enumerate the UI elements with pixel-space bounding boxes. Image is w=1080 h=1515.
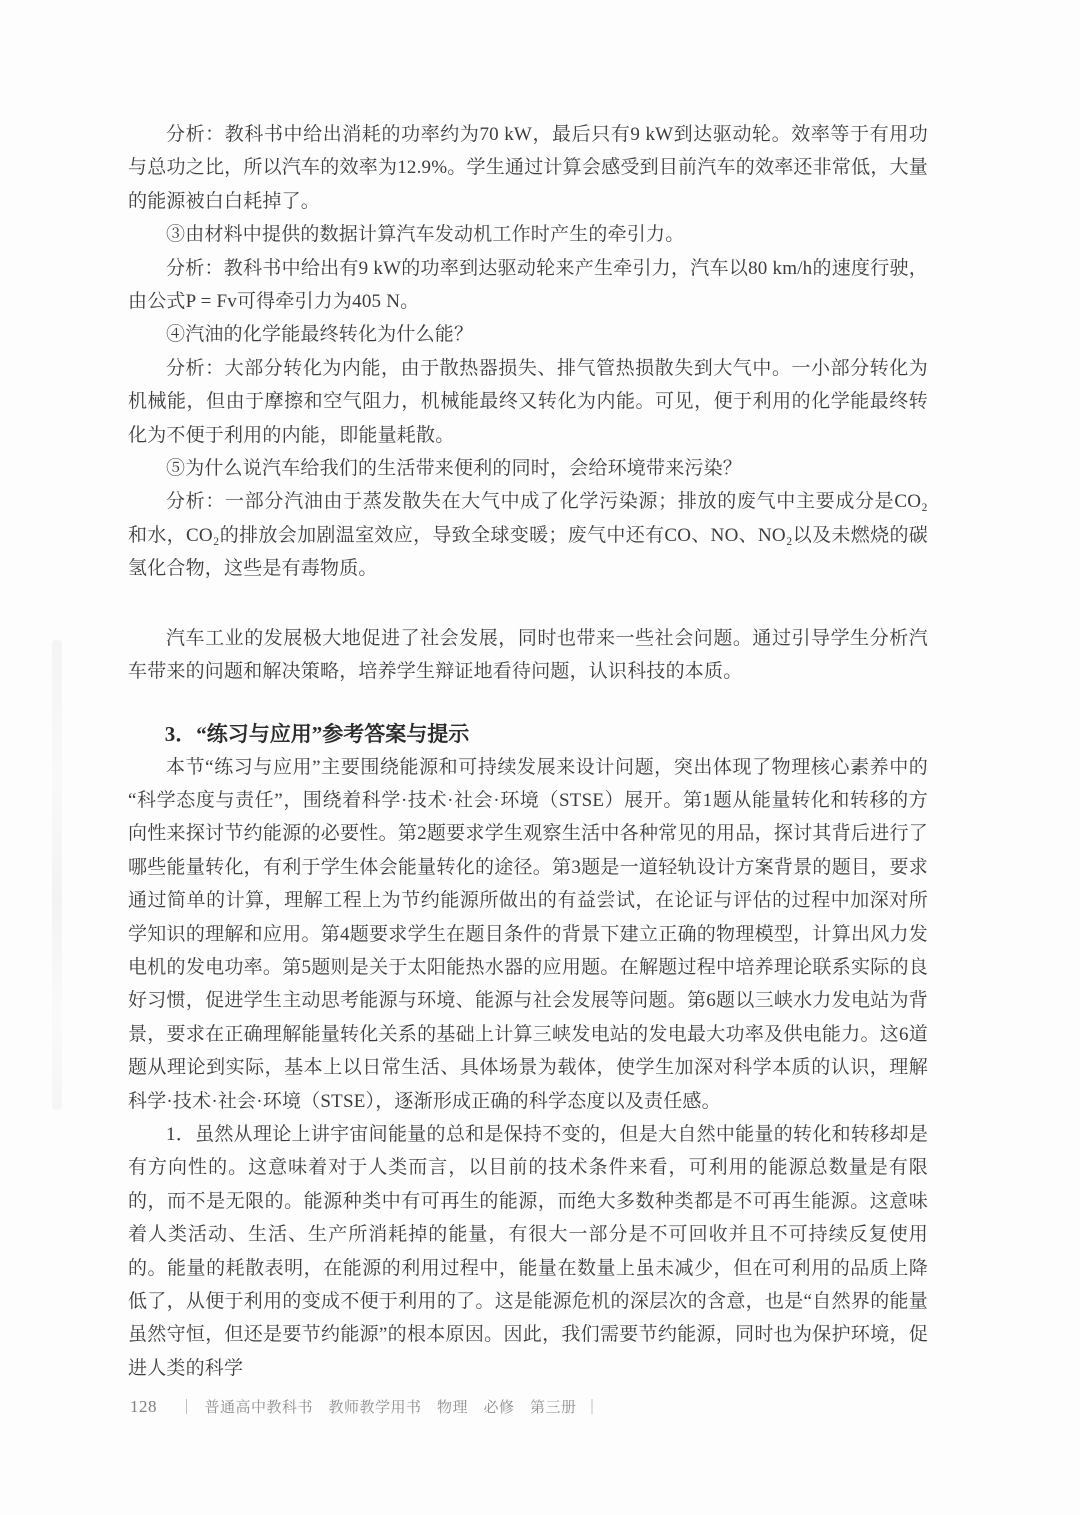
question-item-3: ③由材料中提供的数据计算汽车发动机工作时产生的牵引力。	[128, 218, 928, 251]
analysis-paragraph-energy-conversion: 分析：大部分转化为内能，由于散热器损失、排气管热损散失到大气中。一小部分转化为机…	[128, 352, 928, 452]
page-footer: 128 ｜ 普通高中教科书 教师教学用书 物理 必修 第三册 ｜	[130, 1396, 930, 1417]
scan-artifact	[52, 640, 62, 1110]
answer-paragraph-question-1: 1．虽然从理论上讲宇宙间能量的总和是保持不变的，但是大自然中能量的转化和转移却是…	[128, 1118, 928, 1385]
footer-separator-end: ｜	[585, 1396, 601, 1417]
section-heading-practice-answers: 3．“练习与应用”参考答案与提示	[128, 717, 928, 751]
question-item-5: ⑤为什么说汽车给我们的生活带来便利的同时，会给环境带来污染？	[128, 452, 928, 485]
analysis-paragraph-traction: 分析：教科书中给出有9 kW的功率到达驱动轮来产生牵引力，汽车以80 km/h的…	[128, 252, 928, 319]
footer-separator-start: ｜	[179, 1396, 195, 1417]
footer-book-info: 普通高中教科书 教师教学用书 物理 必修 第三册	[205, 1396, 577, 1417]
analysis-paragraph-pollution: 分析：一部分汽油由于蒸发散失在大气中成了化学污染源；排放的废气中主要成分是CO₂…	[128, 485, 928, 585]
question-item-4: ④汽油的化学能最终转化为什么能？	[128, 318, 928, 351]
overview-paragraph-practice: 本节“练习与应用”主要围绕能源和可持续发展来设计问题，突出体现了物理核心素养中的…	[128, 751, 928, 1118]
analysis-paragraph-efficiency: 分析：教科书中给出消耗的功率约为70 kW，最后只有9 kW到达驱动轮。效率等于…	[128, 118, 928, 218]
summary-paragraph-auto-industry: 汽车工业的发展极大地促进了社会发展，同时也带来一些社会问题。通过引导学生分析汽车…	[128, 622, 928, 689]
page-number: 128	[130, 1397, 157, 1417]
document-page: 分析：教科书中给出消耗的功率约为70 kW，最后只有9 kW到达驱动轮。效率等于…	[0, 0, 1080, 1515]
page-content: 分析：教科书中给出消耗的功率约为70 kW，最后只有9 kW到达驱动轮。效率等于…	[128, 118, 928, 1385]
